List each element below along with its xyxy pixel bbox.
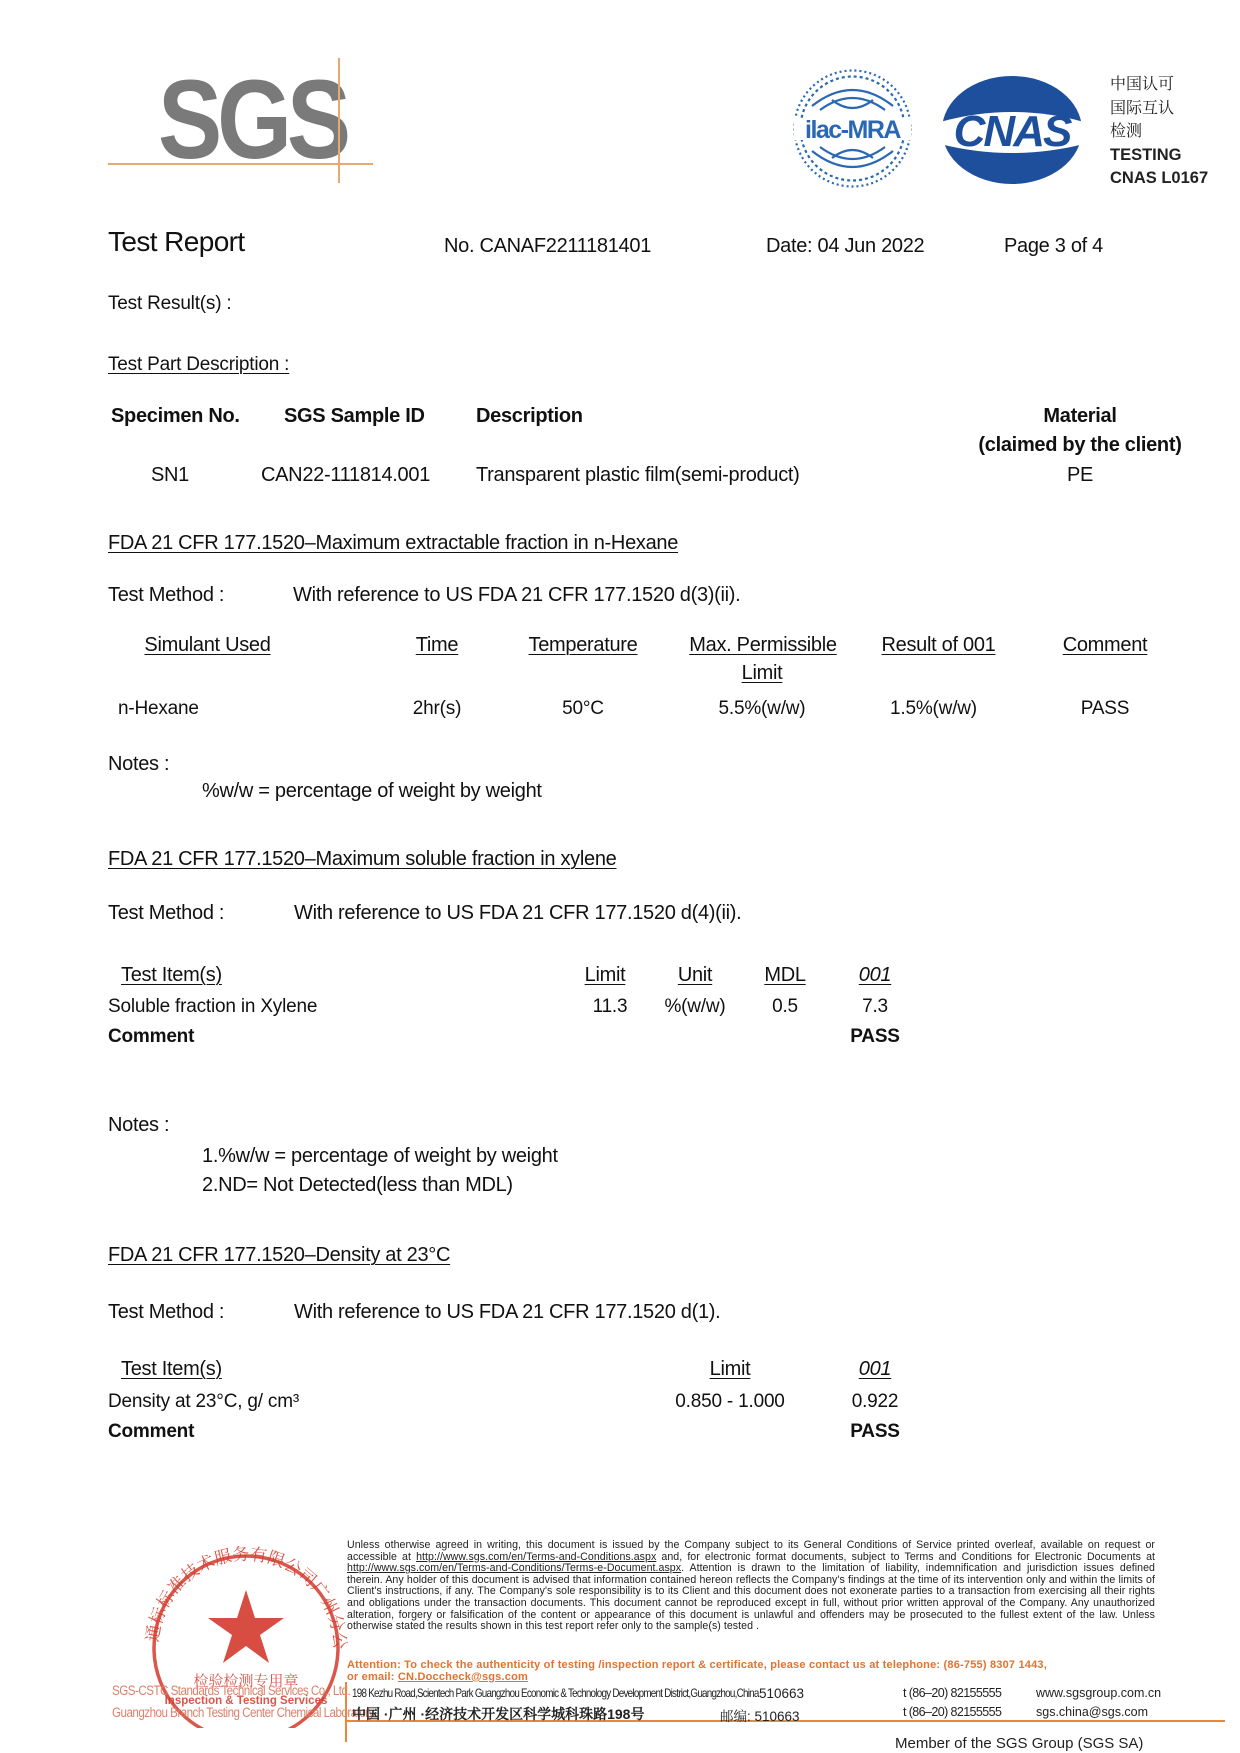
hexane-heading: FDA 21 CFR 177.1520–Maximum extractable … — [108, 532, 678, 555]
col-mdl: MDL — [750, 964, 820, 987]
hexane-method-label: Test Method : — [108, 584, 224, 607]
cell-specimen-no: SN1 — [151, 464, 189, 487]
cnas-logo-icon: CNAS — [938, 74, 1086, 186]
col-unit: Unit — [660, 964, 730, 987]
accred-line-5: CNAS L0167 — [1110, 167, 1208, 191]
footer-rule-vertical — [345, 1682, 347, 1742]
report-title: Test Report — [108, 226, 245, 258]
sgs-logo: SGS — [108, 58, 378, 183]
legal-disclaimer: Unless otherwise agreed in writing, this… — [347, 1540, 1155, 1633]
sgs-logo-text: SGS — [158, 64, 346, 176]
contact-email-link[interactable]: sgs.china@sgs.com — [1036, 1705, 1148, 1719]
ilac-mra-logo-icon: ilac-MRA — [790, 66, 915, 191]
cell-result: 1.5%(w/w) — [856, 698, 1011, 720]
xylene-notes-label: Notes : — [108, 1114, 169, 1137]
cell-item: Soluble fraction in Xylene — [108, 996, 317, 1018]
svg-text:ilac-MRA: ilac-MRA — [805, 116, 901, 144]
doccheck-email-link[interactable]: CN.Doccheck@sgs.com — [398, 1671, 528, 1683]
lab-line-2: Guangzhou Branch Testing Center Chemical… — [112, 1702, 376, 1724]
group-membership: Member of the SGS Group (SGS SA) — [895, 1735, 1143, 1752]
terms-conditions-link[interactable]: http://www.sgs.com/en/Terms-and-Conditio… — [416, 1551, 656, 1563]
accred-line-3: 检测 — [1110, 120, 1208, 144]
cell-result: 0.922 — [835, 1391, 915, 1413]
xylene-method-label: Test Method : — [108, 902, 224, 925]
address-english: 198 Kezhu Road,Scientech Park Guangzhou … — [352, 1686, 759, 1700]
hexane-notes-label: Notes : — [108, 753, 169, 776]
phone-2: t (86–20) 82155555 — [903, 1705, 1001, 1719]
col-sample-id: SGS Sample ID — [284, 405, 425, 428]
cell-simulant: n-Hexane — [118, 698, 199, 720]
cell-temperature: 50°C — [514, 698, 652, 720]
col-temperature: Temperature — [514, 634, 652, 657]
xylene-note-1: 1.%w/w = percentage of weight by weight — [202, 1145, 558, 1168]
cell-description: Transparent plastic film(semi-product) — [476, 464, 800, 487]
accred-line-2: 国际互认 — [1110, 97, 1208, 121]
col-test-item: Test Item(s) — [121, 1358, 222, 1381]
authenticity-notice: Attention: To check the authenticity of … — [347, 1659, 1167, 1683]
density-method-value: With reference to US FDA 21 CFR 177.1520… — [294, 1301, 720, 1324]
col-time: Time — [397, 634, 477, 657]
address-chinese: 中国 ·广州 ·经济技术开发区科学城科珠路198号 — [352, 1704, 644, 1724]
col-test-item: Test Item(s) — [121, 964, 222, 987]
accred-line-4: TESTING — [1110, 144, 1208, 168]
cell-unit: %(w/w) — [655, 996, 735, 1018]
col-result: Result of 001 — [866, 634, 1011, 657]
density-heading: FDA 21 CFR 177.1520–Density at 23°C — [108, 1244, 450, 1267]
cell-comment: PASS — [1045, 698, 1165, 720]
part-description-heading: Test Part Description : — [108, 354, 289, 376]
density-method-label: Test Method : — [108, 1301, 224, 1324]
cell-material: PE — [960, 464, 1200, 487]
logo-rule-horizontal — [108, 163, 373, 165]
col-limit: Limit — [570, 964, 640, 987]
cell-limit: 11.3 — [570, 996, 650, 1018]
hexane-note-1: %w/w = percentage of weight by weight — [202, 780, 542, 803]
cell-result: 7.3 — [840, 996, 910, 1018]
col-material: Material — [960, 405, 1200, 428]
col-001: 001 — [840, 1358, 910, 1381]
col-specimen-no: Specimen No. — [111, 405, 240, 428]
cell-item: Density at 23°C, g/ cm³ — [108, 1391, 299, 1413]
col-max-permissible: Max. Permissible — [678, 634, 848, 657]
test-results-label: Test Result(s) : — [108, 293, 232, 315]
lab-line-1: SGS-CSTC Standards Technical Services Co… — [112, 1680, 376, 1702]
density-comment-label: Comment — [108, 1421, 194, 1443]
lab-name: SGS-CSTC Standards Technical Services Co… — [112, 1680, 376, 1724]
website-link[interactable]: www.sgsgroup.com.cn — [1036, 1686, 1161, 1700]
accreditation-text: 中国认可 国际互认 检测 TESTING CNAS L0167 — [1110, 73, 1208, 191]
density-comment-value: PASS — [835, 1421, 915, 1443]
cell-limit: 5.5%(w/w) — [678, 698, 846, 720]
col-material-note: (claimed by the client) — [960, 434, 1200, 457]
postcode-chinese: 邮编: 510663 — [720, 1705, 800, 1725]
hexane-method-value: With reference to US FDA 21 CFR 177.1520… — [293, 584, 740, 607]
postcode-english: 510663 — [759, 1686, 804, 1701]
cell-time: 2hr(s) — [397, 698, 477, 720]
col-limit: Limit — [678, 662, 846, 685]
report-number: No. CANAF2211181401 — [444, 235, 651, 258]
col-description: Description — [476, 405, 583, 428]
col-001: 001 — [840, 964, 910, 987]
report-date: Date: 04 Jun 2022 — [766, 235, 924, 258]
xylene-comment-label: Comment — [108, 1026, 194, 1048]
col-limit: Limit — [690, 1358, 770, 1381]
xylene-method-value: With reference to US FDA 21 CFR 177.1520… — [294, 902, 741, 925]
cell-mdl: 0.5 — [750, 996, 820, 1018]
xylene-note-2: 2.ND= Not Detected(less than MDL) — [202, 1174, 513, 1197]
xylene-heading: FDA 21 CFR 177.1520–Maximum soluble frac… — [108, 848, 617, 871]
cell-limit: 0.850 - 1.000 — [660, 1391, 800, 1413]
svg-text:CNAS: CNAS — [954, 107, 1072, 156]
accred-line-1: 中国认可 — [1110, 73, 1208, 97]
logo-rule-vertical — [338, 58, 340, 183]
disclaimer-text-2: and, for electronic format documents, su… — [656, 1551, 1155, 1563]
attention-text: Attention: To check the authenticity of … — [347, 1659, 1167, 1671]
phone-1: t (86–20) 82155555 — [903, 1686, 1001, 1700]
col-simulant: Simulant Used — [120, 634, 295, 657]
attention-email-prefix: or email: — [347, 1671, 398, 1683]
page-indicator: Page 3 of 4 — [1004, 235, 1103, 258]
xylene-comment-value: PASS — [840, 1026, 910, 1048]
col-comment: Comment — [1045, 634, 1165, 657]
terms-e-document-link[interactable]: http://www.sgs.com/en/Terms-and-Conditio… — [347, 1562, 681, 1574]
cell-sample-id: CAN22-111814.001 — [261, 464, 430, 487]
